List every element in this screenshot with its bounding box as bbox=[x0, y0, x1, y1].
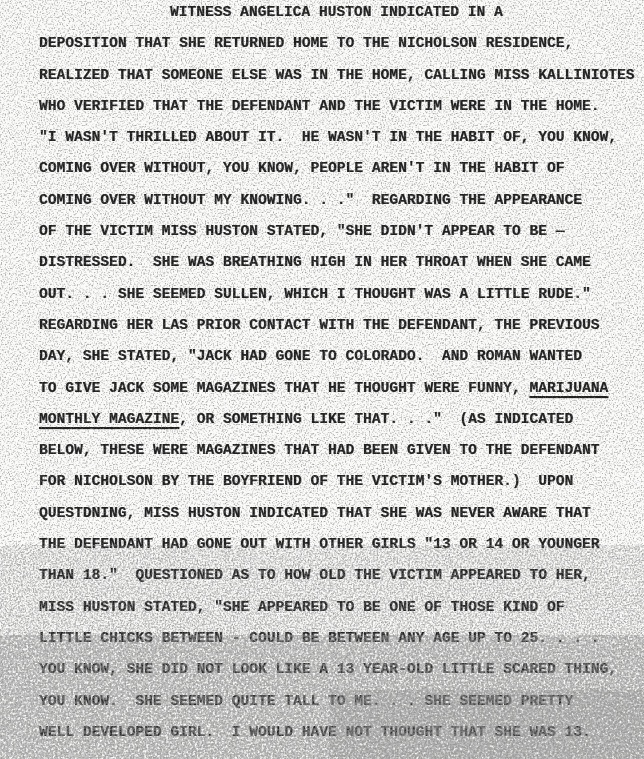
text-line: DISTRESSED. SHE WAS BREATHING HIGH IN HE… bbox=[39, 248, 644, 279]
text-segment: COMING OVER WITHOUT, YOU KNOW, PEOPLE AR… bbox=[39, 161, 564, 177]
scanned-document-page: WITNESS ANGELICA HUSTON INDICATED IN ADE… bbox=[0, 0, 644, 759]
text-line: TO GIVE JACK SOME MAGAZINES THAT HE THOU… bbox=[39, 374, 644, 405]
text-line: OF THE VICTIM MISS HUSTON STATED, "SHE D… bbox=[39, 217, 644, 248]
text-line: OUT. . . SHE SEEMED SULLEN, WHICH I THOU… bbox=[39, 280, 644, 311]
text-line: QUESTDNING, MISS HUSTON INDICATED THAT S… bbox=[39, 499, 644, 530]
text-segment: DISTRESSED. SHE WAS BREATHING HIGH IN HE… bbox=[39, 255, 591, 271]
text-segment: DEPOSITION THAT SHE RETURNED HOME TO THE… bbox=[39, 36, 573, 52]
document-body: WITNESS ANGELICA HUSTON INDICATED IN ADE… bbox=[39, 0, 644, 749]
text-line: COMING OVER WITHOUT MY KNOWING. . ." REG… bbox=[39, 186, 644, 217]
text-line: LITTLE CHICKS BETWEEN - COULD BE BETWEEN… bbox=[39, 624, 644, 655]
text-segment: "I WASN'T THRILLED ABOUT IT. HE WASN'T I… bbox=[39, 130, 617, 146]
text-segment: WITNESS ANGELICA HUSTON INDICATED IN A bbox=[170, 5, 503, 21]
text-line: REALIZED THAT SOMEONE ELSE WAS IN THE HO… bbox=[39, 61, 644, 92]
text-segment: QUESTDNING, MISS HUSTON INDICATED THAT S… bbox=[39, 506, 591, 522]
text-line: MISS HUSTON STATED, "SHE APPEARED TO BE … bbox=[39, 593, 644, 624]
text-segment: BELOW, THESE WERE MAGAZINES THAT HAD BEE… bbox=[39, 443, 600, 459]
text-segment: , OR SOMETHING LIKE THAT. . ." (AS INDIC… bbox=[179, 412, 573, 428]
text-segment: FOR NICHOLSON BY THE BOYFRIEND OF THE VI… bbox=[39, 474, 573, 490]
text-line: WITNESS ANGELICA HUSTON INDICATED IN A bbox=[39, 0, 644, 29]
text-line: FOR NICHOLSON BY THE BOYFRIEND OF THE VI… bbox=[39, 467, 644, 498]
text-line: YOU KNOW, SHE DID NOT LOOK LIKE A 13 YEA… bbox=[39, 655, 644, 686]
text-segment: YOU KNOW, SHE DID NOT LOOK LIKE A 13 YEA… bbox=[39, 662, 617, 678]
text-line: REGARDING HER LAS PRIOR CONTACT WITH THE… bbox=[39, 311, 644, 342]
text-line: "I WASN'T THRILLED ABOUT IT. HE WASN'T I… bbox=[39, 123, 644, 154]
text-line: WELL DEVELOPED GIRL. I WOULD HAVE NOT TH… bbox=[39, 718, 644, 749]
text-line: DEPOSITION THAT SHE RETURNED HOME TO THE… bbox=[39, 29, 644, 60]
text-segment: OUT. . . SHE SEEMED SULLEN, WHICH I THOU… bbox=[39, 287, 591, 303]
text-segment: THE DEFENDANT HAD GONE OUT WITH OTHER GI… bbox=[39, 537, 600, 553]
underlined-text: MARIJUANA bbox=[529, 381, 608, 397]
text-segment: LITTLE CHICKS BETWEEN - COULD BE BETWEEN… bbox=[39, 631, 600, 647]
text-line: BELOW, THESE WERE MAGAZINES THAT HAD BEE… bbox=[39, 436, 644, 467]
text-line: COMING OVER WITHOUT, YOU KNOW, PEOPLE AR… bbox=[39, 154, 644, 185]
text-segment: OF THE VICTIM MISS HUSTON STATED, "SHE D… bbox=[39, 224, 564, 240]
text-segment: MISS HUSTON STATED, "SHE APPEARED TO BE … bbox=[39, 600, 564, 616]
text-segment: REALIZED THAT SOMEONE ELSE WAS IN THE HO… bbox=[39, 68, 635, 84]
text-segment: THAN 18." QUESTIONED AS TO HOW OLD THE V… bbox=[39, 568, 591, 584]
text-line: MONTHLY MAGAZINE, OR SOMETHING LIKE THAT… bbox=[39, 405, 644, 436]
text-line: YOU KNOW. SHE SEEMED QUITE TALL TO ME. .… bbox=[39, 687, 644, 718]
text-segment: REGARDING HER LAS PRIOR CONTACT WITH THE… bbox=[39, 318, 600, 334]
text-segment: COMING OVER WITHOUT MY KNOWING. . ." REG… bbox=[39, 193, 582, 209]
underlined-text: MONTHLY MAGAZINE bbox=[39, 412, 179, 428]
text-segment: YOU KNOW. SHE SEEMED QUITE TALL TO ME. .… bbox=[39, 694, 573, 710]
text-segment: WHO VERIFIED THAT THE DEFENDANT AND THE … bbox=[39, 99, 600, 115]
text-segment: DAY, SHE STATED, "JACK HAD GONE TO COLOR… bbox=[39, 349, 582, 365]
text-line: THAN 18." QUESTIONED AS TO HOW OLD THE V… bbox=[39, 561, 644, 592]
text-line: WHO VERIFIED THAT THE DEFENDANT AND THE … bbox=[39, 92, 644, 123]
text-segment: WELL DEVELOPED GIRL. I WOULD HAVE NOT TH… bbox=[39, 725, 591, 741]
text-segment: TO GIVE JACK SOME MAGAZINES THAT HE THOU… bbox=[39, 381, 529, 397]
text-line: THE DEFENDANT HAD GONE OUT WITH OTHER GI… bbox=[39, 530, 644, 561]
text-line: DAY, SHE STATED, "JACK HAD GONE TO COLOR… bbox=[39, 342, 644, 373]
